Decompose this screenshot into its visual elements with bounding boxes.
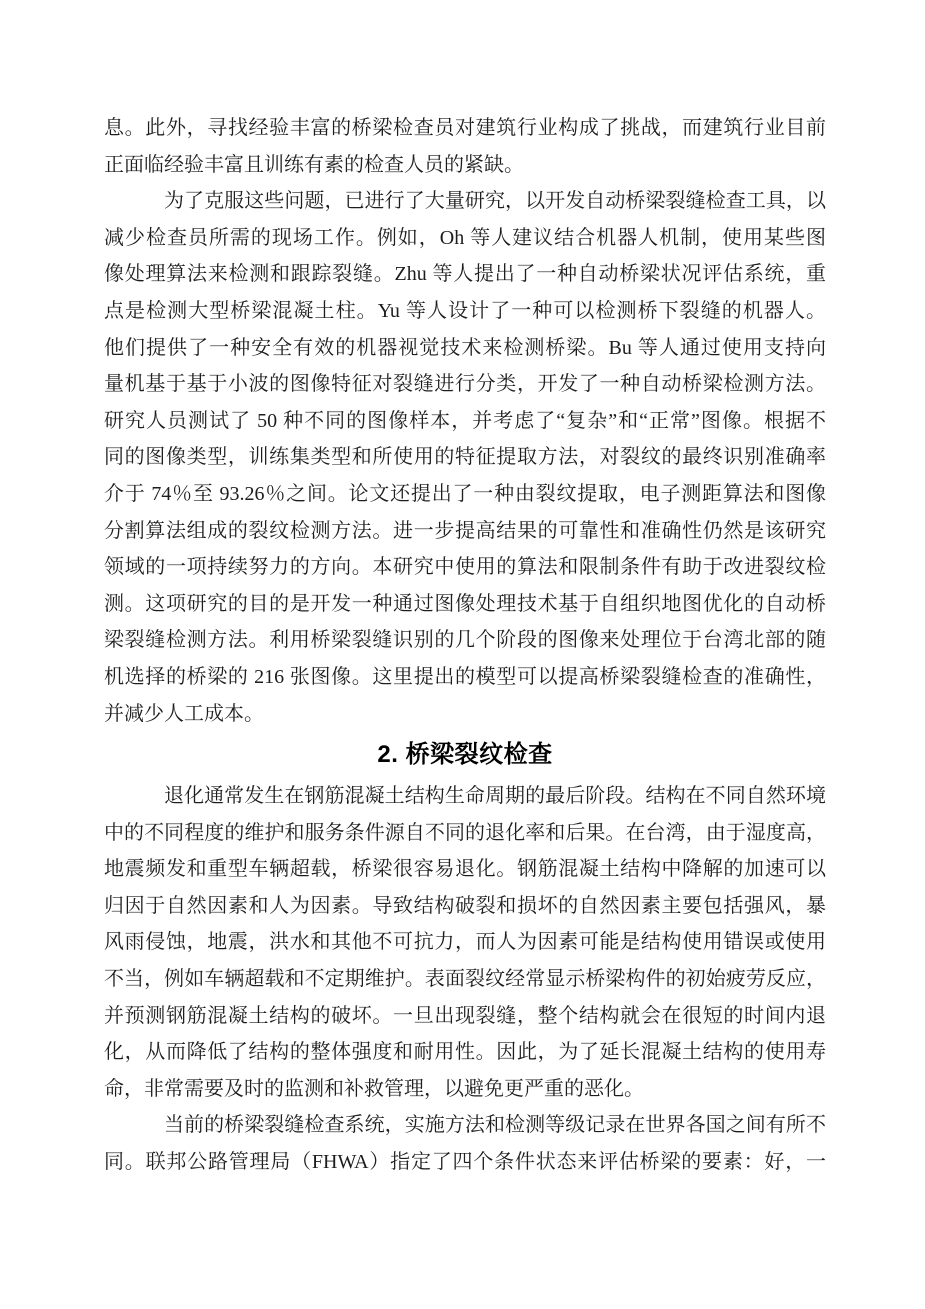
text-line: 量机基于基于小波的图像特征对裂缝进行分类，开发了一种自动桥梁检测方法。 — [104, 366, 826, 403]
text-line: 地震频发和重型车辆超载，桥梁很容易退化。钢筋混凝土结构中降解的加速可以 — [104, 851, 826, 888]
text-line: 机选择的桥梁的 216 张图像。这里提出的模型可以提高桥梁裂缝检查的准确性， — [104, 659, 826, 696]
section-heading: 2. 桥梁裂纹检查 — [104, 732, 826, 778]
text-line: 研究人员测试了 50 种不同的图像样本，并考虑了“复杂”和“正常”图像。根据不 — [104, 403, 826, 440]
text-line: 同。联邦公路管理局（FHWA）指定了四个条件状态来评估桥梁的要素：好，一 — [104, 1144, 826, 1181]
text-line: 不当，例如车辆超载和不定期维护。表面裂纹经常显示桥梁构件的初始疲劳反应， — [104, 961, 826, 998]
text-line: 领域的一项持续努力的方向。本研究中使用的算法和限制条件有助于改进裂纹检 — [104, 549, 826, 586]
text-line: 像处理算法来检测和跟踪裂缝。Zhu 等人提出了一种自动桥梁状况评估系统，重 — [104, 256, 826, 293]
text-line: 同的图像类型，训练集类型和所使用的特征提取方法，对裂纹的最终识别准确率 — [104, 439, 826, 476]
text-line: 化，从而降低了结构的整体强度和耐用性。因此，为了延长混凝土结构的使用寿 — [104, 1034, 826, 1071]
text-line: 命，非常需要及时的监测和补救管理，以避免更严重的恶化。 — [104, 1071, 826, 1108]
text-line: 风雨侵蚀，地震，洪水和其他不可抗力，而人为因素可能是结构使用错误或使用 — [104, 924, 826, 961]
text-line: 梁裂缝检测方法。利用桥梁裂缝识别的几个阶段的图像来处理位于台湾北部的随 — [104, 622, 826, 659]
text-line: 中的不同程度的维护和服务条件源自不同的退化率和后果。在台湾，由于湿度高， — [104, 815, 826, 852]
document-page: 息。此外，寻找经验丰富的桥梁检查员对建筑行业构成了挑战，而建筑行业目前 正面临经… — [0, 0, 925, 1309]
text-line: 点是检测大型桥梁混凝土柱。Yu 等人设计了一种可以检测桥下裂缝的机器人。 — [104, 293, 826, 330]
text-line: 他们提供了一种安全有效的机器视觉技术来检测桥梁。Bu 等人通过使用支持向 — [104, 330, 826, 367]
text-line: 为了克服这些问题，已进行了大量研究，以开发自动桥梁裂缝检查工具，以 — [104, 183, 826, 220]
text-line: 减少检查员所需的现场工作。例如，Oh 等人建议结合机器人机制，使用某些图 — [104, 220, 826, 257]
text-line: 测。这项研究的目的是开发一种通过图像处理技术基于自组织地图优化的自动桥 — [104, 586, 826, 623]
text-line: 退化通常发生在钢筋混凝土结构生命周期的最后阶段。结构在不同自然环境 — [104, 778, 826, 815]
text-line: 息。此外，寻找经验丰富的桥梁检查员对建筑行业构成了挑战，而建筑行业目前 — [104, 110, 826, 147]
text-line: 当前的桥梁裂缝检查系统，实施方法和检测等级记录在世界各国之间有所不 — [104, 1107, 826, 1144]
document-content: 息。此外，寻找经验丰富的桥梁检查员对建筑行业构成了挑战，而建筑行业目前 正面临经… — [104, 110, 826, 1181]
text-line: 正面临经验丰富且训练有素的检查人员的紧缺。 — [104, 147, 826, 184]
text-line: 并减少人工成本。 — [104, 696, 826, 733]
text-line: 并预测钢筋混凝土结构的破坏。一旦出现裂缝，整个结构就会在很短的时间内退 — [104, 998, 826, 1035]
text-line: 归因于自然因素和人为因素。导致结构破裂和损坏的自然因素主要包括强风，暴 — [104, 888, 826, 925]
text-line: 介于 74％至 93.26％之间。论文还提出了一种由裂纹提取，电子测距算法和图像 — [104, 476, 826, 513]
text-line: 分割算法组成的裂纹检测方法。进一步提高结果的可靠性和准确性仍然是该研究 — [104, 513, 826, 550]
